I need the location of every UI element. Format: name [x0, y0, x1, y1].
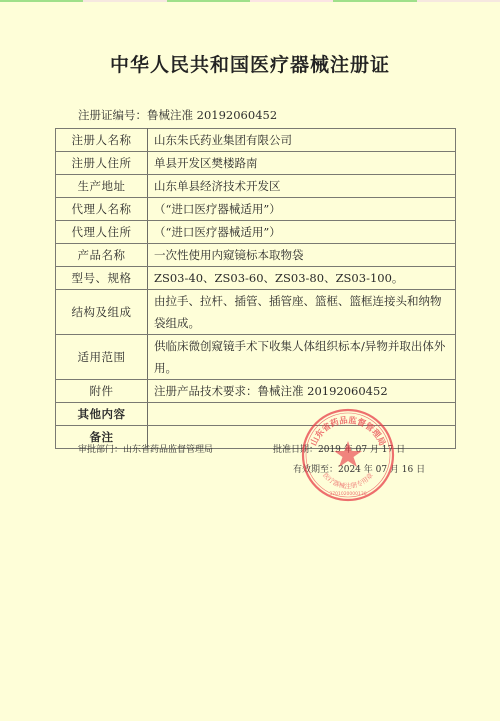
row-label: 附件	[56, 380, 148, 403]
top-color-strip	[0, 0, 500, 2]
row-label: 生产地址	[56, 175, 148, 198]
row-value: 供临床微创窥镜手术下收集人体组织标本/异物并取出体外用。	[148, 335, 456, 380]
row-value	[148, 403, 456, 426]
row-label: 代理人名称	[56, 198, 148, 221]
strip-segment	[167, 0, 250, 2]
valid-until-date: 有效期至：2024 年 07 月 16 日	[293, 462, 425, 475]
row-label: 产品名称	[56, 244, 148, 267]
row-value: 注册产品技术要求：鲁械注准 20192060452	[148, 380, 456, 403]
row-label: 结构及组成	[56, 290, 148, 335]
row-value: 由拉手、拉杆、插管、插管座、篮框、篮框连接头和纳物袋组成。	[148, 290, 456, 335]
seal-number: 3701020000130	[329, 491, 366, 497]
document-title: 中华人民共和国医疗器械注册证	[0, 50, 500, 77]
table-row: 型号、规格 ZS03-40、ZS03-60、ZS03-80、ZS03-100。	[56, 267, 456, 290]
strip-segment	[0, 0, 83, 2]
row-value: 山东朱氏药业集团有限公司	[148, 129, 456, 152]
strip-segment	[333, 0, 416, 2]
row-value: （“进口医疗器械适用”）	[148, 221, 456, 244]
table-row: 注册人名称 山东朱氏药业集团有限公司	[56, 129, 456, 152]
row-label: 适用范围	[56, 335, 148, 380]
approval-date: 批准日期：2019 年 07 月 17 日	[273, 442, 405, 455]
table-row: 附件 注册产品技术要求：鲁械注准 20192060452	[56, 380, 456, 403]
strip-segment	[250, 0, 333, 2]
row-value: （“进口医疗器械适用”）	[148, 198, 456, 221]
table-row: 注册人住所 单县开发区樊楼路南	[56, 152, 456, 175]
table-row: 生产地址 山东单县经济技术开发区	[56, 175, 456, 198]
strip-segment	[417, 0, 500, 2]
table-row: 结构及组成 由拉手、拉杆、插管、插管座、篮框、篮框连接头和纳物袋组成。	[56, 290, 456, 335]
row-label: 型号、规格	[56, 267, 148, 290]
table-row: 代理人名称 （“进口医疗器械适用”）	[56, 198, 456, 221]
row-label: 代理人住所	[56, 221, 148, 244]
certificate-table: 注册人名称 山东朱氏药业集团有限公司 注册人住所 单县开发区樊楼路南 生产地址 …	[55, 128, 456, 449]
row-value: 单县开发区樊楼路南	[148, 152, 456, 175]
table-row: 代理人住所 （“进口医疗器械适用”）	[56, 221, 456, 244]
table-row: 适用范围 供临床微创窥镜手术下收集人体组织标本/异物并取出体外用。	[56, 335, 456, 380]
row-value: ZS03-40、ZS03-60、ZS03-80、ZS03-100。	[148, 267, 456, 290]
row-value: 一次性使用内窥镜标本取物袋	[148, 244, 456, 267]
table-row: 产品名称 一次性使用内窥镜标本取物袋	[56, 244, 456, 267]
row-label: 注册人名称	[56, 129, 148, 152]
registration-number: 注册证编号：鲁械注准 20192060452	[78, 107, 277, 123]
strip-segment	[83, 0, 166, 2]
row-value: 山东单县经济技术开发区	[148, 175, 456, 198]
table-row: 其他内容	[56, 403, 456, 426]
row-label: 其他内容	[56, 403, 148, 426]
approving-department: 审批部门：山东省药品监督管理局	[78, 442, 213, 455]
row-label: 注册人住所	[56, 152, 148, 175]
